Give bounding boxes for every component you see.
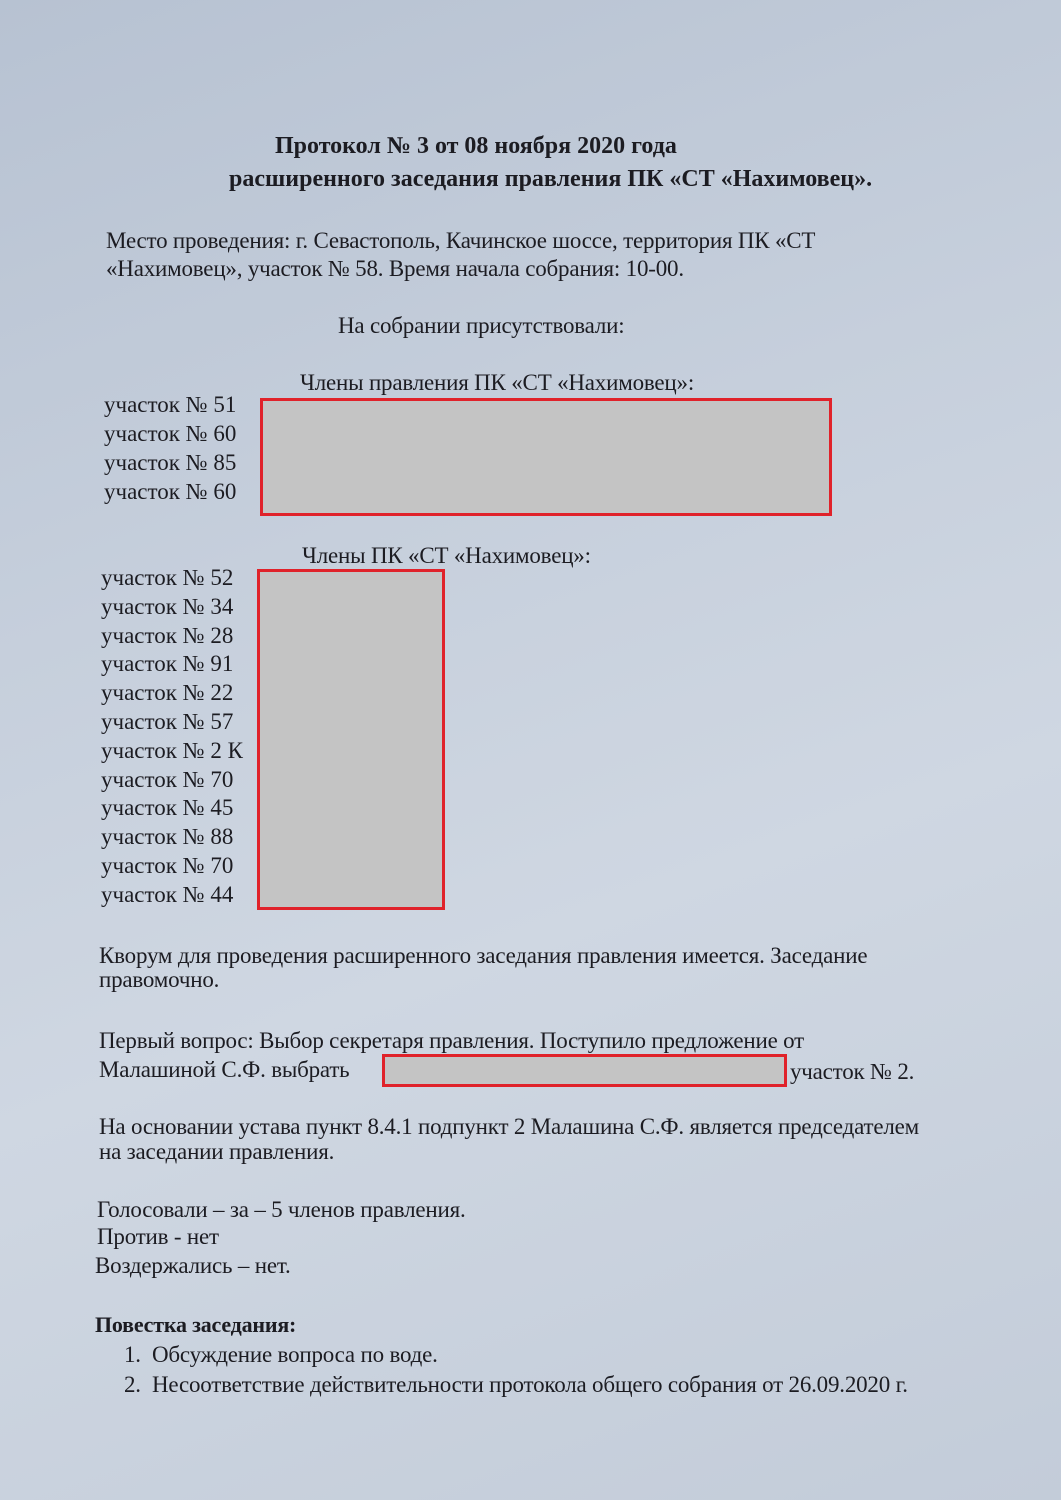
vote-for: Голосовали – за – 5 членов правления. (97, 1197, 466, 1223)
plot-entry: участок № 44 (101, 882, 233, 908)
plot-entry: участок № 28 (101, 623, 233, 649)
quorum-line-1: Кворум для проведения расширенного засед… (99, 943, 867, 969)
plot-entry: участок № 85 (104, 450, 236, 476)
attendance-heading: На собрании присутствовали: (338, 313, 624, 339)
vote-abstain: Воздержались – нет. (95, 1253, 291, 1279)
vote-against: Против - нет (97, 1224, 219, 1250)
place-line-2: «Нахимовец», участок № 58. Время начала … (106, 256, 684, 282)
place-line-1: Место проведения: г. Севастополь, Качинс… (106, 228, 815, 254)
protocol-title: Протокол № 3 от 08 ноября 2020 года (275, 133, 677, 160)
plot-entry: участок № 51 (104, 392, 236, 418)
plot-entry: участок № 70 (101, 767, 233, 793)
charter-line-2: на заседании правления. (99, 1139, 334, 1165)
agenda-item-1: 1. Обсуждение вопроса по воде. (124, 1342, 438, 1368)
agenda-heading: Повестка заседания: (95, 1312, 296, 1338)
agenda-item-text: Обсуждение вопроса по воде. (152, 1342, 438, 1367)
first-question-line-2-prefix: Малашиной С.Ф. выбрать (99, 1057, 349, 1083)
board-heading: Члены правления ПК «СТ «Нахимовец»: (300, 370, 694, 396)
plot-entry: участок № 52 (101, 565, 233, 591)
plot-entry: участок № 2 К (101, 738, 243, 764)
plot-entry: участок № 70 (101, 853, 233, 879)
protocol-subtitle: расширенного заседания правления ПК «СТ … (229, 166, 872, 193)
agenda-item-text: Несоответствие действительности протокол… (152, 1372, 908, 1397)
plot-entry: участок № 88 (101, 824, 233, 850)
redaction-box-members (257, 569, 445, 910)
redaction-box-secretary (382, 1054, 787, 1087)
plot-entry: участок № 45 (101, 795, 233, 821)
plot-entry: участок № 91 (101, 651, 233, 677)
charter-line-1: На основании устава пункт 8.4.1 подпункт… (99, 1114, 919, 1140)
plot-entry: участок № 60 (104, 479, 236, 505)
plot-entry: участок № 60 (104, 421, 236, 447)
members-heading: Члены ПК «СТ «Нахимовец»: (302, 543, 591, 569)
plot-entry: участок № 22 (101, 680, 233, 706)
agenda-item-number: 1. (124, 1342, 141, 1367)
first-question-line-1: Первый вопрос: Выбор секретаря правления… (99, 1028, 804, 1054)
agenda-item-2: 2. Несоответствие действительности прото… (124, 1372, 908, 1398)
plot-entry: участок № 57 (101, 709, 233, 735)
quorum-line-2: правомочно. (99, 967, 219, 993)
agenda-item-number: 2. (124, 1372, 141, 1397)
first-question-line-2-suffix: участок № 2. (790, 1059, 914, 1085)
redaction-box-board (260, 398, 832, 516)
plot-entry: участок № 34 (101, 594, 233, 620)
